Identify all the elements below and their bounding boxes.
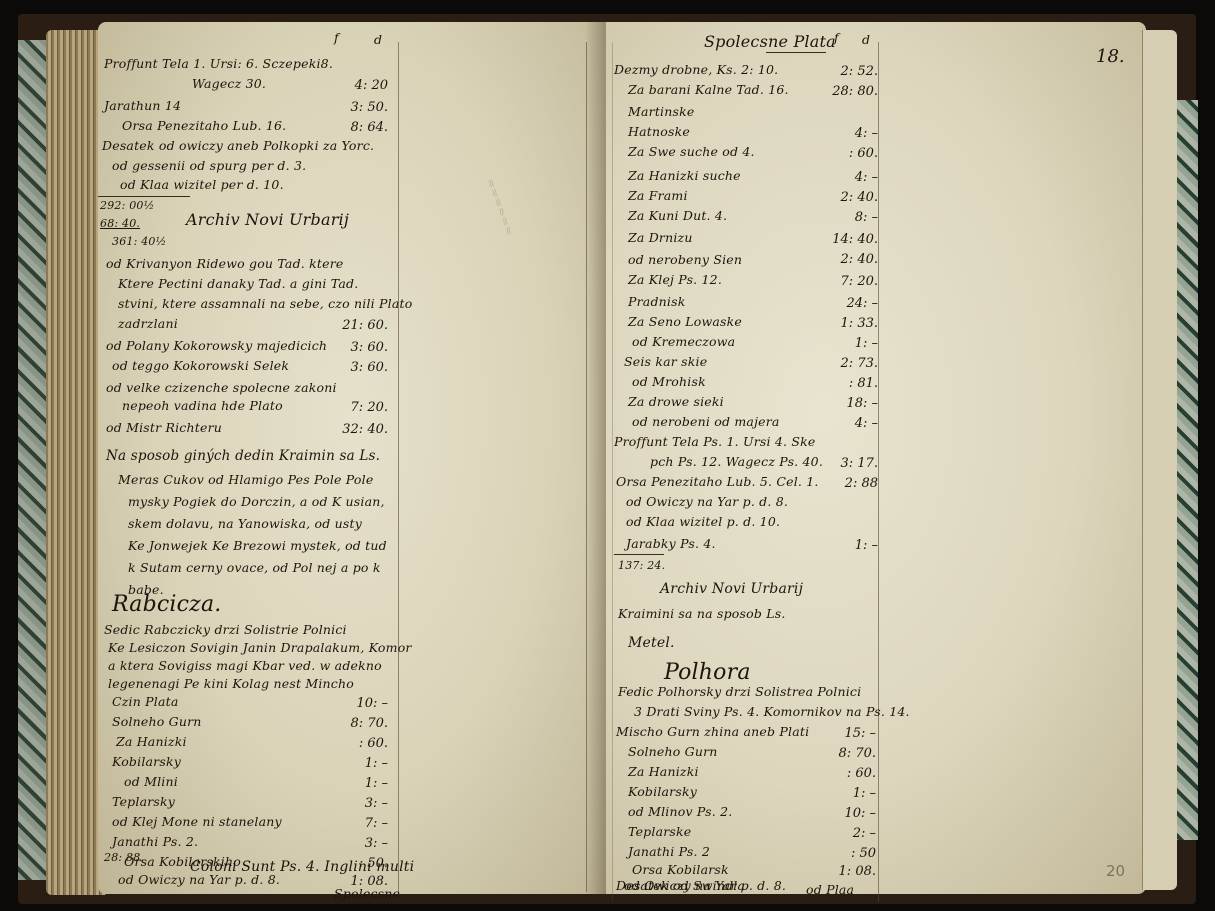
entry-text: Desatek od owiczy aneb Polkopki za Yorc. (102, 140, 374, 153)
currency-header-f: f (834, 32, 839, 45)
entry-text: Orsa Penezitaho Lub. 5. Cel. 1. (616, 476, 819, 489)
entry-text: Ktere Pectini danaky Tad. a gini Tad. (118, 278, 358, 291)
entry-text: od gessenii od spurg per d. 3. (112, 160, 306, 173)
entry-text: Martinske (628, 106, 695, 119)
entry-amount: 2: 52. (808, 64, 878, 79)
entry-text: od Owiczy na Yar p. d. 8. (118, 874, 280, 887)
entry-amount: 1: – (808, 336, 878, 351)
entry-text: stvini, ktere assamnali na sebe, czo nil… (118, 298, 412, 311)
paragraph-line: Ke Jonwejek Ke Brezowi mystek, od tud (128, 540, 387, 553)
entry-amount: 4: – (808, 170, 878, 185)
entry-text: Hatnoske (628, 126, 690, 139)
entry-amount: 18: – (808, 396, 878, 411)
subtotal-rule (614, 554, 664, 555)
entry-amount: 1: – (806, 786, 876, 801)
entry-text: Janathi Ps. 2. (112, 836, 198, 849)
intro-line: Fedic Polhorsky drzi Solistrea Polnici (618, 686, 861, 699)
entry-text: Teplarsky (112, 796, 175, 809)
entry-text: od nerobeny Sien (628, 254, 742, 267)
entry-text: Jarabky Ps. 4. (626, 538, 716, 551)
entry-amount: 8: 64. (318, 120, 388, 135)
page-edges (46, 30, 106, 895)
catchword: Spolecsne (334, 888, 400, 901)
intro-line: legenenagi Pe kini Kolag nest Mincho (108, 678, 354, 691)
entry-amount: 10: – (806, 806, 876, 821)
entry-text: Za Drnizu (628, 232, 693, 245)
entry-amount: 28: 80. (808, 84, 878, 99)
section-title: Polhora (664, 662, 751, 684)
paragraph-line: Na sposob giných dedin Kraimin sa Ls. (106, 450, 380, 464)
catchword: od Plaa (806, 884, 854, 897)
pencil-page-number: 20 (1106, 862, 1125, 880)
intro-line: Ke Lesiczon Sovigin Janin Drapalakum, Ko… (108, 642, 412, 655)
currency-header-d: d (374, 34, 382, 47)
intro-line: a ktera Sovigiss magi Kbar ved. w adekno (108, 660, 382, 673)
note: Metel. (628, 636, 675, 650)
entry-text: Za Seno Lowaske (628, 316, 742, 329)
section-title: Archiv Novi Urbarij (186, 212, 349, 228)
right-page: Spolecsne Plata f d Dezmy drobne, Ks. 2:… (606, 22, 1146, 894)
entry-text: Czin Plata (112, 696, 179, 709)
entry-text: Za Hanizki suche (628, 170, 741, 183)
entry-text: Pradnisk (628, 296, 685, 309)
entry-text: Proffunt Tela Ps. 1. Ursi 4. Ske (614, 436, 816, 449)
entry-text: Za Hanizki (628, 766, 699, 779)
paragraph-line: k Sutam cerny ovace, od Pol nej a po k (128, 562, 381, 575)
entry-amount: : 50 (806, 846, 876, 861)
paragraph-line: mysky Pogiek do Dorczin, a od K usian, (128, 496, 385, 509)
entry-amount: 10: – (318, 696, 388, 711)
entry-amount: 1: – (808, 538, 878, 553)
entry-amount: 3: 17. (808, 456, 878, 471)
entry-amount: 3: 60. (318, 340, 388, 355)
intro-line: Sedic Rabczicky drzi Solistrie Polnici (104, 624, 347, 637)
entry-amount: 2: 40. (808, 190, 878, 205)
entry-amount: : 60. (806, 766, 876, 781)
entry-text: Seis kar skie (624, 356, 707, 369)
entry-amount: 7: – (318, 816, 388, 831)
entry-text: Proffunt Tela 1. Ursi: 6. Sczepeki8. (104, 58, 333, 71)
entry-amount: 1: 33. (808, 316, 878, 331)
entry-text: od Klej Mone ni stanelany (112, 816, 282, 829)
entry-amount: 7: 20. (808, 274, 878, 289)
entry-text: od nerobeni od majera (632, 416, 780, 429)
subtotal: 361: 40½ (112, 236, 166, 247)
paragraph-line: Meras Cukov od Hlamigo Pes Pole Pole (118, 474, 373, 487)
left-ruling-line (398, 42, 399, 892)
section-title: Rabcicza. (112, 594, 221, 616)
entry-amount: 4: – (808, 126, 878, 141)
entry-amount: 2: 88 (808, 476, 878, 491)
entry-text: od Klaa wizitel p. d. 10. (626, 516, 780, 529)
currency-header-d: d (862, 34, 870, 47)
entry-text: Orsa Kobilarsk (632, 864, 729, 877)
entry-text: Orsa Penezitaho Lub. 16. (122, 120, 286, 133)
entry-text: Za Klej Ps. 12. (628, 274, 722, 287)
entry-amount: 24: – (808, 296, 878, 311)
entry-text: Jarathun 14 (104, 100, 181, 113)
entry-text: Janathi Ps. 2 (628, 846, 710, 859)
bottom-total: 28: 88. (104, 852, 144, 863)
entry-amount: 3: – (318, 796, 388, 811)
entry-text: Za Hanizki (116, 736, 187, 749)
entry-text: Za Swe suche od 4. (628, 146, 755, 159)
entry-text: Kobilarsky (628, 786, 697, 799)
entry-text: Wagecz 30. (192, 78, 266, 91)
entry-amount: 21: 60. (318, 318, 388, 333)
entry-text: od Owiczy na Yar p. d. 8. (626, 496, 788, 509)
entry-amount: 2: 40. (808, 252, 878, 267)
entry-text: pch Ps. 12. Wagecz Ps. 40. (650, 456, 823, 469)
right-margin-line (878, 42, 879, 902)
left-page: f d Proffunt Tela 1. Ursi: 6. Sczepeki8.… (98, 22, 606, 894)
entry-amount: 8: 70. (318, 716, 388, 731)
currency-header-f: f (334, 32, 339, 45)
entry-amount: 4: – (808, 416, 878, 431)
entry-text: Za barani Kalne Tad. 16. (628, 84, 789, 97)
entry-text: Kobilarsky (112, 756, 181, 769)
entry-amount: 2: – (806, 826, 876, 841)
entry-text: od Owiczy na Yar p. d. 8. (624, 880, 786, 893)
folio-number: 18. (1096, 46, 1125, 67)
entry-text: Mischo Gurn zhina aneb Plati (616, 726, 809, 739)
title-underline (766, 52, 826, 53)
folded-page-edge (1142, 30, 1177, 890)
entry-amount: 8: – (808, 210, 878, 225)
entry-amount: 8: 70. (806, 746, 876, 761)
entry-text: Dezmy drobne, Ks. 2: 10. (614, 64, 778, 77)
entry-text: od velke czizenche spolecne zakoni (106, 382, 337, 395)
subtotal: 68: 40. (100, 218, 140, 229)
entry-amount: 3: 50. (318, 100, 388, 115)
entry-text: od Kremeczowa (632, 336, 735, 349)
bottom-line: Coloni Sunt Ps. 4. Inglini multi (190, 860, 414, 874)
entry-text: Za drowe sieki (628, 396, 724, 409)
right-ruling-line (612, 42, 613, 902)
entry-text: Za Kuni Dut. 4. (628, 210, 727, 223)
page-title: Spolecsne Plata (704, 34, 836, 50)
entry-text: od Mlinov Ps. 2. (628, 806, 732, 819)
entry-text: od Polany Kokorowsky majedicich (106, 340, 327, 353)
entry-amount: 7: 20. (318, 400, 388, 415)
paragraph-line: skem dolavu, na Yanowiska, od usty (128, 518, 362, 531)
entry-amount: 1: – (318, 776, 388, 791)
entry-text: od teggo Kokorowski Selek (112, 360, 289, 373)
entry-amount: : 60. (808, 146, 878, 161)
entry-text: Teplarske (628, 826, 691, 839)
note: Kraimini sa na sposob Ls. (618, 608, 786, 621)
entry-amount: 15: – (806, 726, 876, 741)
entry-amount: 32: 40. (318, 422, 388, 437)
entry-text: od Mlini (124, 776, 178, 789)
subtotal-rule (98, 196, 190, 197)
entry-amount: 1: – (318, 756, 388, 771)
entry-text: od Mrohisk (632, 376, 706, 389)
intro-line: 3 Drati Sviny Ps. 4. Komornikov na Ps. 1… (634, 706, 910, 719)
section-title: Archiv Novi Urbarij (660, 582, 803, 596)
entry-text: od Klaa wizitel per d. 10. (120, 179, 284, 192)
entry-amount: 2: 73. (808, 356, 878, 371)
entry-text: zadrzlani (118, 318, 178, 331)
entry-text: Solneho Gurn (628, 746, 718, 759)
entry-amount: : 81. (808, 376, 878, 391)
entry-text: Solneho Gurn (112, 716, 202, 729)
entry-amount: 3: – (318, 836, 388, 851)
entry-amount: 14: 40. (808, 232, 878, 247)
entry-text: Za Frami (628, 190, 688, 203)
subtotal: 292: 00½ (100, 200, 154, 211)
entry-amount: 1: 08. (806, 864, 876, 879)
subtotal: 137: 24. (618, 560, 665, 571)
entry-amount: : 60. (318, 736, 388, 751)
entry-amount: 4: 20 (318, 78, 388, 93)
entry-text: nepeoh vadina hde Plato (122, 400, 283, 413)
entry-text: od Mistr Richteru (106, 422, 222, 435)
entry-text: od Krivanyon Ridewo gou Tad. ktere (106, 258, 343, 271)
entry-amount: 3: 60. (318, 360, 388, 375)
